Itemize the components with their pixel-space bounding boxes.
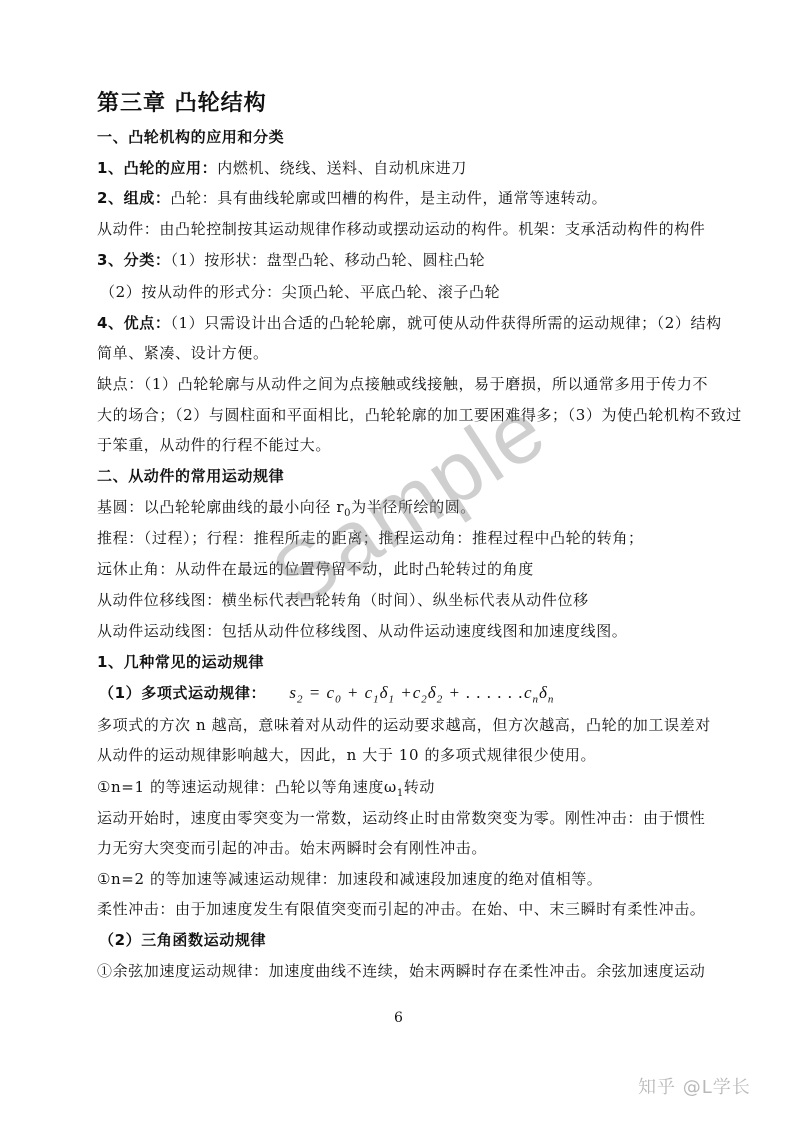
item-text: 内燃机、绕线、送料、自动机床进刀: [217, 159, 467, 177]
uniform-desc-line-1: 运动开始时，速度由零突变为一常数，运动终止时由常数突变为零。刚性冲击：由于惯性: [97, 808, 705, 828]
item-composition: 2、组成：凸轮：具有曲线轮廓或凹槽的构件，是主动件，通常等速转动。: [97, 188, 607, 208]
polynomial-formula: s2 = c0 + c1δ1 +c2δ2 + . . . . . .cnδn: [289, 683, 554, 702]
item-label: 3、分类：: [97, 251, 170, 269]
item-application: 1、凸轮的应用：内燃机、绕线、送料、自动机床进刀: [97, 158, 467, 178]
item-label: 2、组成：: [97, 189, 170, 207]
push-stroke-line: 推程：（过程）；行程：推程所走的距离；推程运动角：推程过程中凸轮的转角；: [97, 528, 644, 548]
item-label: 4、优点：: [97, 314, 170, 332]
source-watermark: 知乎 @L学长: [638, 1073, 751, 1099]
uniform-motion-law: ①n=1 的等速运动规律：凸轮以等角速度ω1转动: [97, 777, 435, 804]
displacement-graph-line: 从动件位移线图：横坐标代表凸轮转角（时间）、纵坐标代表从动件位移: [97, 590, 589, 610]
section-heading-2: 二、从动件的常用运动规律: [97, 466, 284, 486]
item-text: （1）只需设计出合适的凸轮轮廓，就可使从动件获得所需的运动规律；（2）结构: [170, 314, 721, 332]
classification-sub: （2）按从动件的形式分：尖顶凸轮、平底凸轮、滚子凸轮: [100, 282, 500, 302]
text: 转动: [404, 778, 435, 796]
document-page: 第三章 凸轮结构 一、凸轮机构的应用和分类 1、凸轮的应用：内燃机、绕线、送料、…: [0, 0, 794, 1121]
page-number: 6: [394, 1010, 403, 1026]
text: 为半径所绘的圆。: [351, 498, 476, 516]
item-label: 1、凸轮的应用：: [97, 159, 217, 177]
uniform-accel-law: ①n=2 的等加速等减速运动规律：加速段和减速段加速度的绝对值相等。: [97, 869, 602, 889]
trig-law-heading: （2）三角函数运动规律: [99, 930, 266, 950]
far-rest-angle-line: 远休止角：从动件在最远的位置停留不动，此时凸轮转过的角度: [97, 559, 534, 579]
cosine-accel-line: ①余弦加速度运动规律：加速度曲线不连续，始末两瞬时存在柔性冲击。余弦加速度运动: [97, 961, 705, 981]
item-advantages: 4、优点：（1）只需设计出合适的凸轮轮廓，就可使从动件获得所需的运动规律；（2）…: [97, 313, 722, 333]
item-classification: 3、分类：（1）按形状：盘型凸轮、移动凸轮、圆柱凸轮: [97, 250, 485, 270]
polynomial-law: （1）多项式运动规律： s2 = c0 + c1δ1 +c2δ2 + . . .…: [99, 681, 554, 711]
subsection-heading: 1、几种常见的运动规律: [97, 652, 264, 672]
follower-definition: 从动件：由凸轮控制按其运动规律作移动或摆动运动的构件。机架：支承活动构件的构件: [97, 219, 705, 239]
flexible-impact-line: 柔性冲击：由于加速度发生有限值突变而引起的冲击。在始、中、末三瞬时有柔性冲击。: [97, 899, 705, 919]
disadvantages-line-3: 于笨重，从动件的行程不能过大。: [97, 435, 331, 455]
text: ①n=1 的等速运动规律：凸轮以等角速度ω: [97, 778, 397, 796]
section-heading-1: 一、凸轮机构的应用和分类: [97, 127, 284, 147]
polynomial-heading: （1）多项式运动规律：: [99, 684, 266, 702]
disadvantages-line-1: 缺点：（1）凸轮轮廓与从动件之间为点接触或线接触，易于磨损，所以通常多用于传力不: [97, 374, 708, 394]
uniform-desc-line-2: 力无穷大突变而引起的冲击。始末两瞬时会有刚性冲击。: [97, 838, 487, 858]
polynomial-desc-line-2: 从动件的运动规律影响越大，因此，n 大于 10 的多项式规律很少使用。: [97, 745, 596, 765]
base-circle-line: 基圆：以凸轮轮廓曲线的最小向径 r0为半径所绘的圆。: [97, 497, 476, 524]
motion-graph-line: 从动件运动线图：包括从动件位移线图、从动件运动速度线图和加速度线图。: [97, 621, 627, 641]
subscript: 1: [397, 788, 404, 799]
disadvantages-line-2: 大的场合；（2）与圆柱面和平面相比，凸轮轮廓的加工要困难得多；（3）为使凸轮机构…: [97, 405, 742, 425]
advantages-cont: 简单、紧凑、设计方便。: [97, 343, 269, 363]
text: 基圆：以凸轮轮廓曲线的最小向径 r: [97, 498, 344, 516]
item-text: 凸轮：具有曲线轮廓或凹槽的构件，是主动件，通常等速转动。: [170, 189, 607, 207]
polynomial-desc-line-1: 多项式的方次 n 越高，意味着对从动件的运动要求越高，但方次越高，凸轮的加工误差…: [97, 715, 711, 735]
chapter-title: 第三章 凸轮结构: [97, 90, 267, 118]
item-text: （1）按形状：盘型凸轮、移动凸轮、圆柱凸轮: [170, 251, 485, 269]
